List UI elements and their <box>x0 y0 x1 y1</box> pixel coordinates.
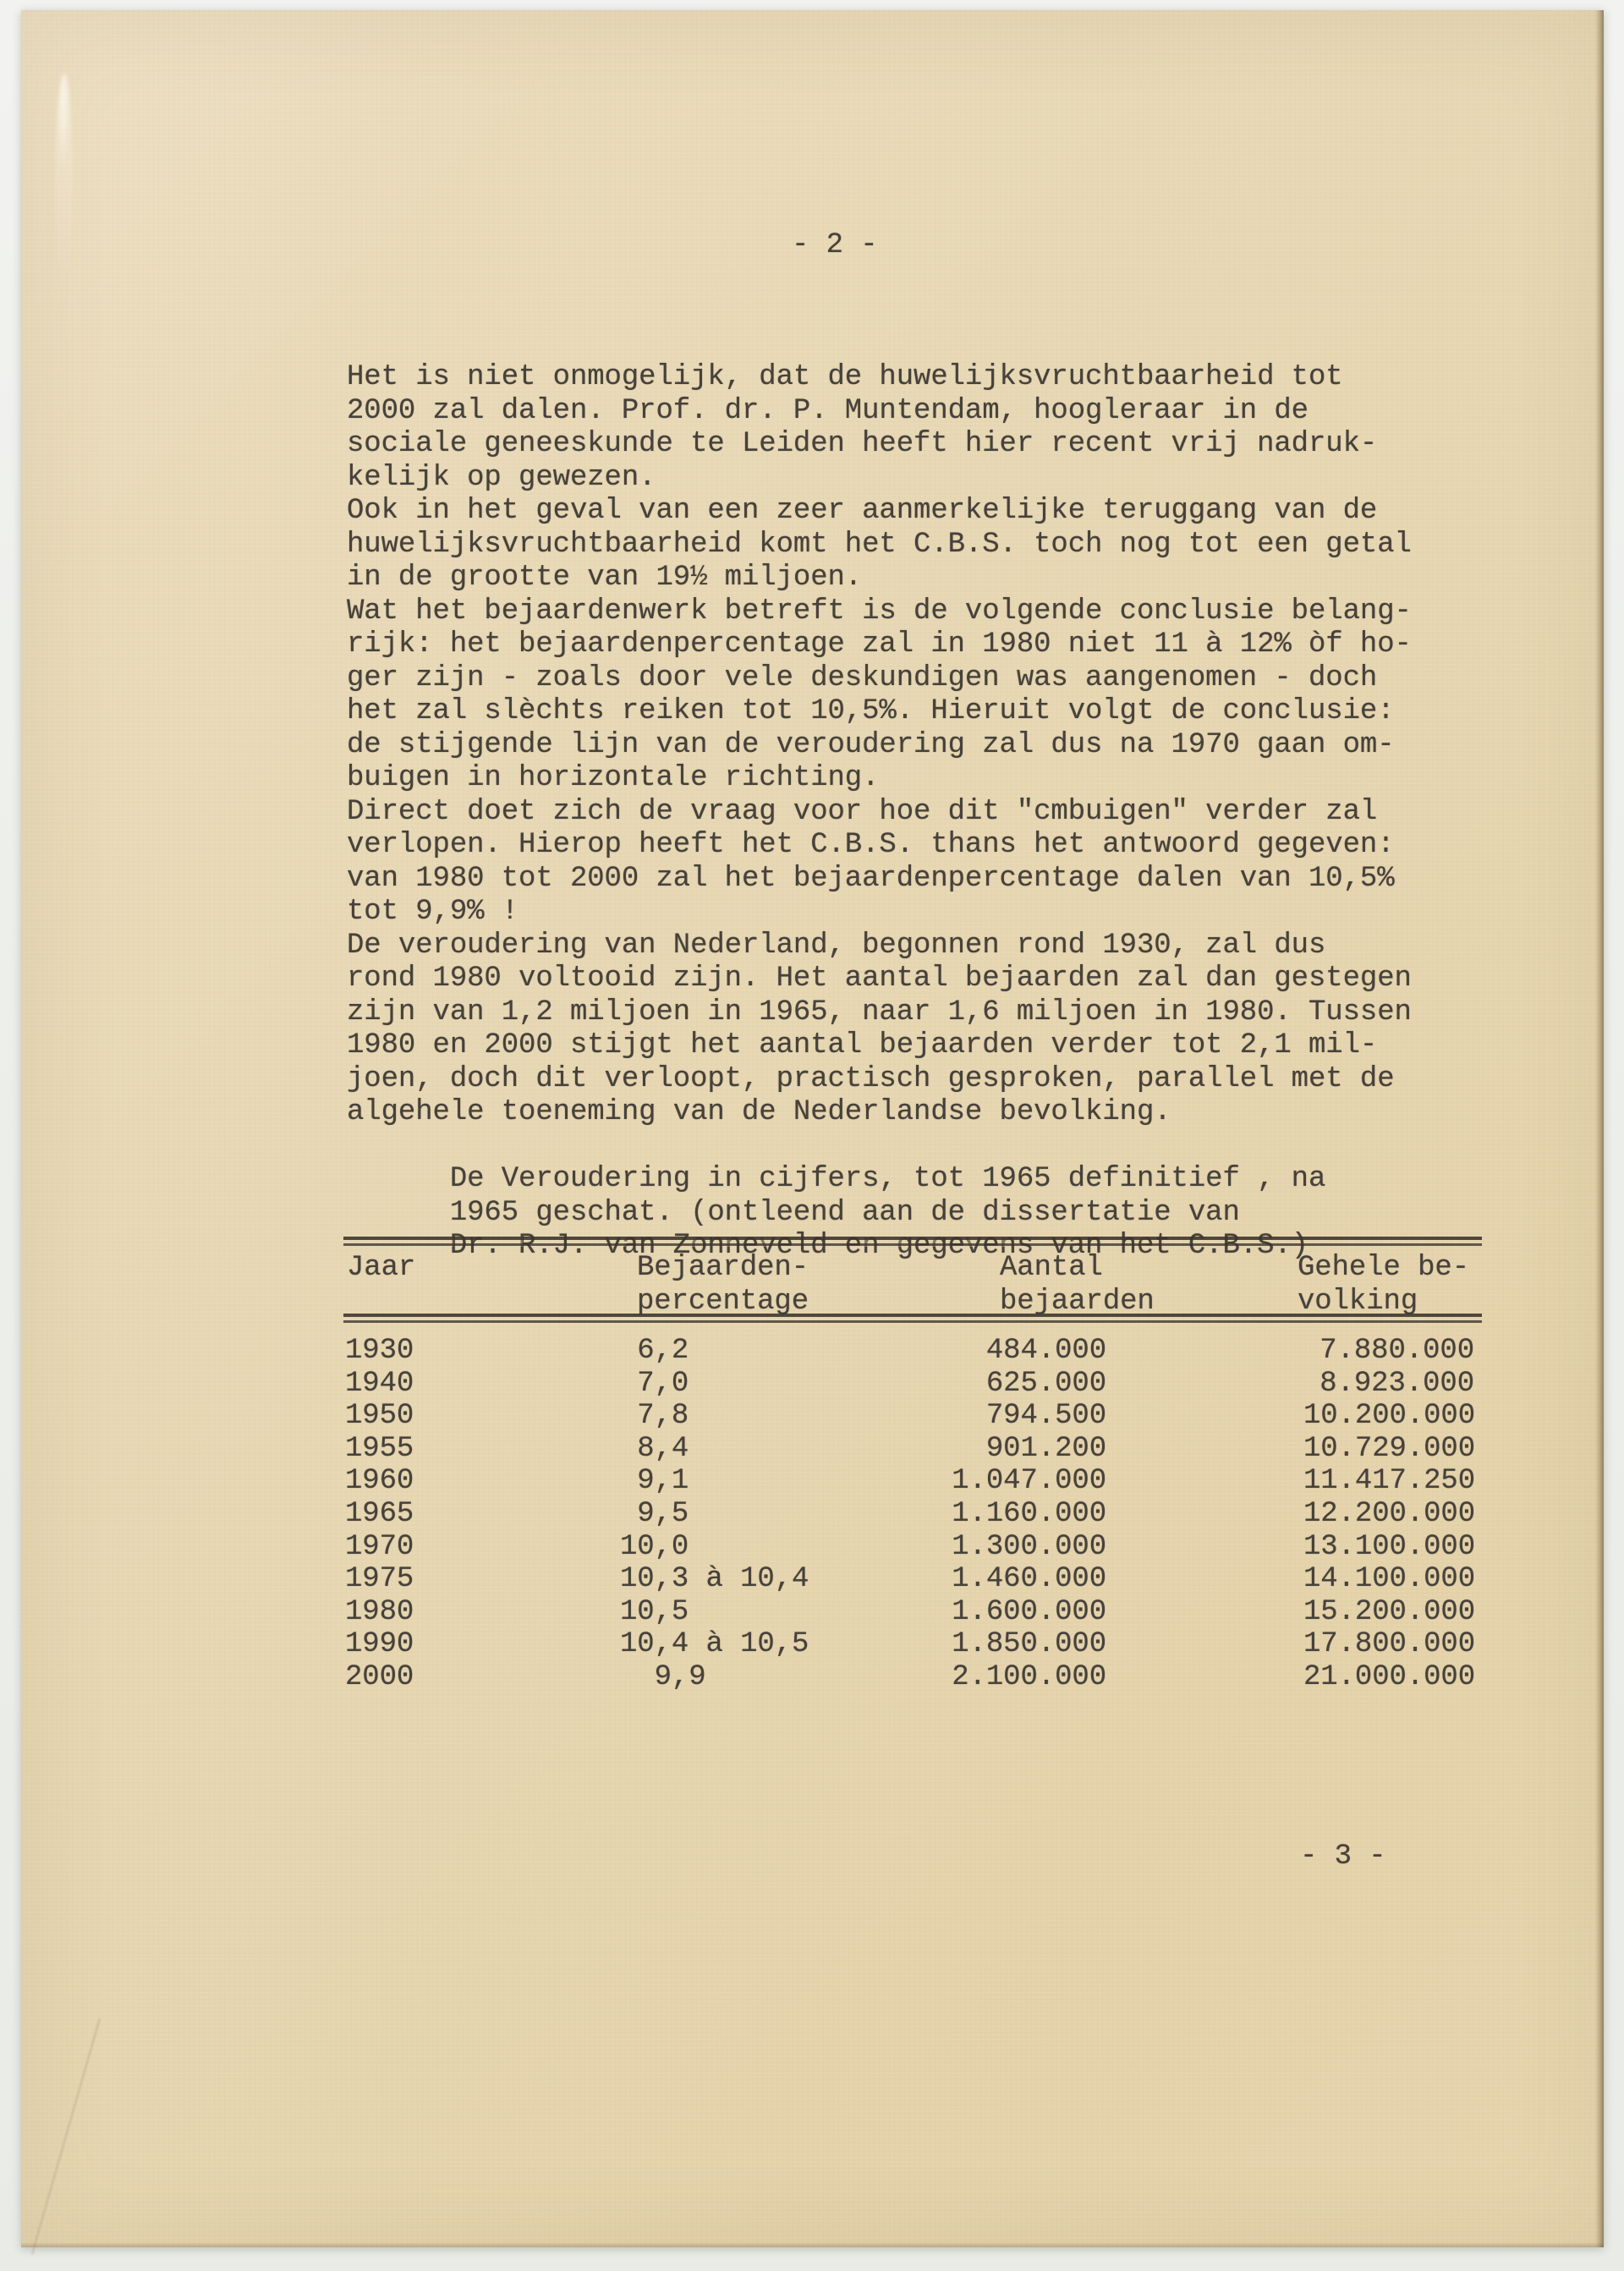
cell-elderly-percentage: 10,5 <box>620 1596 689 1629</box>
cell-elderly-percentage: 7,0 <box>620 1368 689 1401</box>
cell-elderly-count: 794.500 <box>935 1400 1106 1433</box>
cell-elderly-count: 901.200 <box>935 1433 1106 1466</box>
table-rule-top <box>343 1237 1482 1247</box>
table-row: 1960 9,1 1.047.000 11.417.250 <box>345 1465 1495 1498</box>
cell-elderly-percentage: 10,4 à 10,5 <box>620 1628 809 1661</box>
cell-year: 1965 <box>345 1498 414 1531</box>
table-row: 1940 7,0 625.000 8.923.000 <box>345 1368 1495 1401</box>
header-percentage-line1: Bejaarden- <box>637 1252 809 1284</box>
header-count-line1: Aantal <box>1000 1252 1103 1284</box>
cell-elderly-count: 2.100.000 <box>935 1661 1106 1694</box>
cell-year: 1960 <box>345 1465 414 1498</box>
cell-total-population: 21.000.000 <box>1303 1661 1474 1694</box>
cell-year: 1980 <box>345 1596 414 1629</box>
table-row: 1970 10,0 1.300.000 13.100.000 <box>345 1531 1495 1564</box>
cell-elderly-count: 1.160.000 <box>935 1498 1106 1531</box>
cell-elderly-count: 484.000 <box>935 1335 1106 1368</box>
cell-year: 2000 <box>345 1661 414 1694</box>
cell-elderly-count: 1.850.000 <box>935 1628 1106 1661</box>
paper-crease-mark <box>55 74 74 293</box>
statistics-table: Jaar Bejaarden- Aantal Gehele be- percen… <box>345 1237 1495 1710</box>
cell-year: 1955 <box>345 1433 414 1466</box>
cell-year: 1970 <box>345 1531 414 1564</box>
cell-year: 1930 <box>345 1335 414 1368</box>
cell-elderly-percentage: 8,4 <box>620 1433 689 1466</box>
cell-total-population: 7.880.000 <box>1303 1335 1474 1368</box>
table-row: 1950 7,8 794.500 10.200.000 <box>345 1400 1495 1433</box>
table-header-line-1: Jaar Bejaarden- Aantal Gehele be- <box>345 1252 1495 1285</box>
cell-total-population: 8.923.000 <box>1303 1368 1474 1401</box>
cell-year: 1950 <box>345 1400 414 1433</box>
cell-total-population: 12.200.000 <box>1303 1498 1474 1531</box>
paper-fold-line <box>31 2018 102 2255</box>
body-text: Het is niet onmogelijk, dat de huwelijks… <box>347 361 1412 1264</box>
cell-total-population: 17.800.000 <box>1303 1628 1474 1661</box>
cell-elderly-percentage: 9,9 <box>620 1661 706 1694</box>
cell-total-population: 11.417.250 <box>1303 1465 1474 1498</box>
cell-elderly-count: 1.460.000 <box>935 1563 1106 1596</box>
cell-year: 1940 <box>345 1368 414 1401</box>
cell-elderly-percentage: 10,3 à 10,4 <box>620 1563 809 1596</box>
cell-elderly-count: 625.000 <box>935 1368 1106 1401</box>
paper-right-edge-shadow <box>1595 10 1604 2247</box>
table-row: 1930 6,2 484.000 7.880.000 <box>345 1335 1495 1368</box>
cell-elderly-percentage: 9,5 <box>620 1498 689 1531</box>
cell-year: 1990 <box>345 1628 414 1661</box>
cell-year: 1975 <box>345 1563 414 1596</box>
page-number-bottom: - 3 - <box>1300 1840 1386 1873</box>
cell-total-population: 10.729.000 <box>1303 1433 1474 1466</box>
cell-elderly-count: 1.047.000 <box>935 1465 1106 1498</box>
cell-elderly-percentage: 9,1 <box>620 1465 689 1498</box>
cell-total-population: 10.200.000 <box>1303 1400 1474 1433</box>
cell-elderly-count: 1.600.000 <box>935 1596 1106 1629</box>
table-row: 1980 10,5 1.600.000 15.200.000 <box>345 1596 1495 1629</box>
header-population-line1: Gehele be- <box>1298 1252 1469 1284</box>
paper-bottom-edge-shadow <box>21 2242 1604 2247</box>
cell-total-population: 14.100.000 <box>1303 1563 1474 1596</box>
table-row: 1990 10,4 à 10,5 1.850.000 17.800.000 <box>345 1628 1495 1661</box>
header-year: Jaar <box>347 1252 415 1284</box>
page-number-top: - 2 - <box>792 229 878 261</box>
document-page: - 2 - Het is niet onmogelijk, dat de huw… <box>21 10 1604 2247</box>
table-rule-under-header <box>343 1314 1482 1324</box>
cell-total-population: 13.100.000 <box>1303 1531 1474 1564</box>
table-row: 2000 9,9 2.100.000 21.000.000 <box>345 1661 1495 1694</box>
table-body: 1930 6,2 484.000 7.880.000 1940 7,0 625.… <box>345 1335 1495 1694</box>
table-row: 1975 10,3 à 10,4 1.460.000 14.100.000 <box>345 1563 1495 1596</box>
cell-elderly-percentage: 10,0 <box>620 1531 689 1564</box>
table-row: 1965 9,5 1.160.000 12.200.000 <box>345 1498 1495 1531</box>
cell-total-population: 15.200.000 <box>1303 1596 1474 1629</box>
table-row: 1955 8,4 901.200 10.729.000 <box>345 1433 1495 1466</box>
cell-elderly-count: 1.300.000 <box>935 1531 1106 1564</box>
cell-elderly-percentage: 7,8 <box>620 1400 689 1433</box>
cell-elderly-percentage: 6,2 <box>620 1335 689 1368</box>
